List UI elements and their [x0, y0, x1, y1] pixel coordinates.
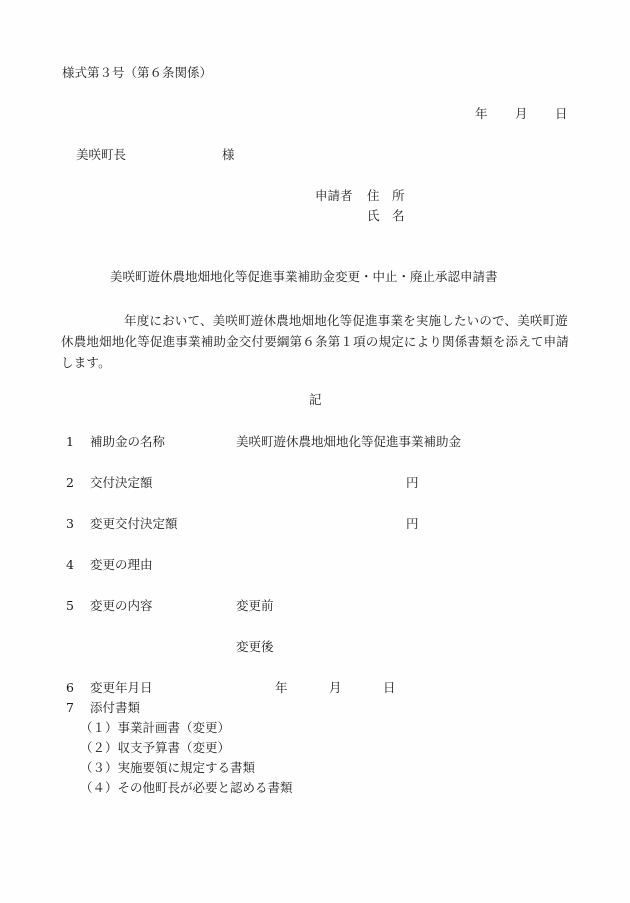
- body-paragraph: 年度において、美咲町遊休農地畑地化等促進事業を実施したいので、美咲町遊休農地畑地…: [61, 310, 573, 373]
- item-1-label: 補助金の名称: [90, 434, 165, 450]
- item-3-number: 3: [66, 516, 74, 532]
- item-5-after: 変更後: [236, 639, 274, 655]
- item-6-day: 日: [383, 680, 396, 696]
- item-6-month: 月: [329, 680, 342, 696]
- item-3-unit: 円: [406, 516, 419, 532]
- item-4-label: 変更の理由: [90, 557, 153, 573]
- addressee-honorific: 様: [222, 147, 235, 163]
- item-7-label: 添付書類: [90, 700, 140, 716]
- date-month: 月: [515, 106, 528, 122]
- item-4-number: 4: [66, 557, 74, 573]
- item-3-label: 変更交付決定額: [90, 516, 178, 532]
- form-number: 様式第３号（第６条関係）: [62, 65, 212, 81]
- ki-heading: 記: [309, 392, 322, 408]
- addressee-name: 美咲町長: [76, 147, 126, 163]
- document-title: 美咲町遊休農地畑地化等促進事業補助金変更・中止・廃止承認申請書: [110, 269, 498, 285]
- item-6-year: 年: [275, 680, 288, 696]
- item-6-label: 変更年月日: [90, 680, 153, 696]
- item-7-number: 7: [66, 700, 74, 716]
- date-year: 年: [475, 106, 488, 122]
- item-5-before: 変更前: [236, 598, 274, 614]
- attachment-3: （３）実施要領に規定する書類: [80, 760, 255, 776]
- item-5-label: 変更の内容: [90, 598, 153, 614]
- applicant-name-label: 氏 名: [367, 208, 405, 224]
- applicant-label: 申請者: [315, 188, 353, 204]
- item-2-number: 2: [66, 475, 74, 491]
- item-5-number: 5: [66, 598, 74, 614]
- date-day: 日: [555, 106, 568, 122]
- applicant-address-label: 住 所: [367, 188, 405, 204]
- item-1-value: 美咲町遊休農地畑地化等促進事業補助金: [236, 434, 461, 450]
- attachment-2: （２）収支予算書（変更）: [80, 740, 230, 756]
- item-2-label: 交付決定額: [90, 475, 153, 491]
- item-1-number: 1: [66, 434, 74, 450]
- attachment-4: （４）その他町長が必要と認める書類: [80, 780, 293, 796]
- item-2-unit: 円: [406, 475, 419, 491]
- attachment-1: （１）事業計画書（変更）: [80, 720, 230, 736]
- item-6-number: 6: [66, 680, 74, 696]
